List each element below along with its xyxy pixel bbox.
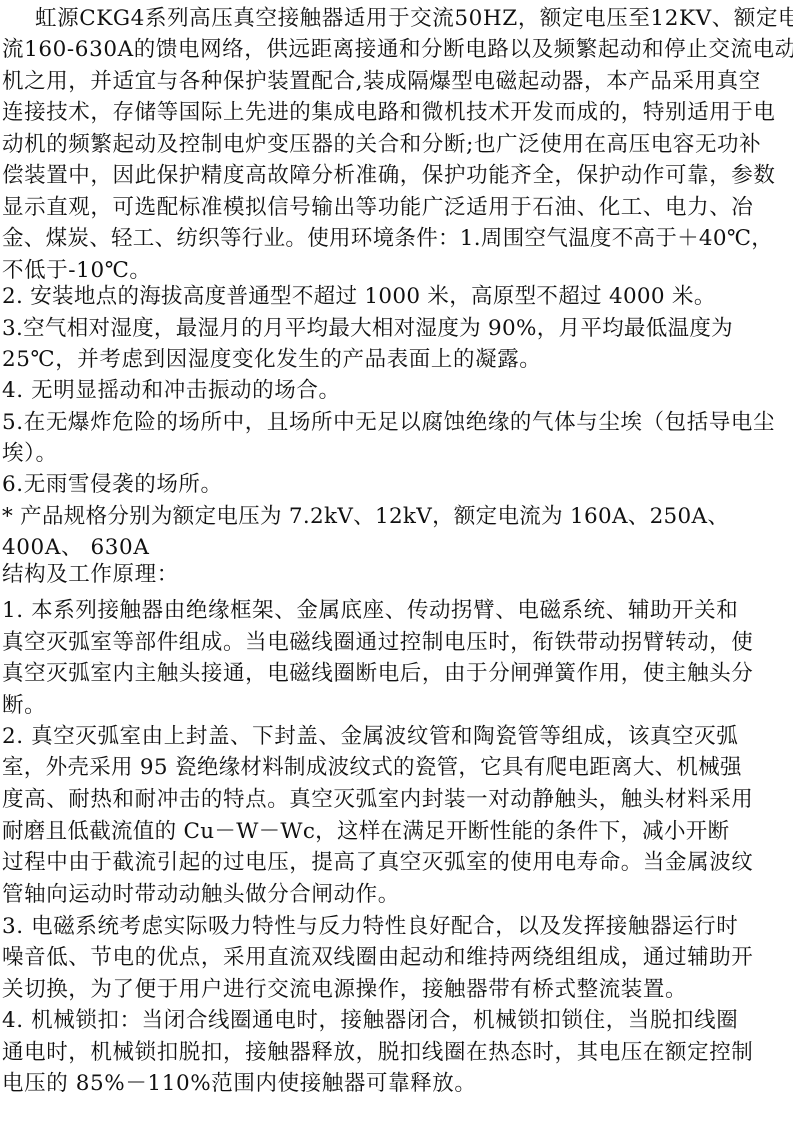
- paragraph-intro-line-2: 流160-630A的馈电网络，供远距离接通和分断电路以及频繁起动和停止交流电动: [2, 34, 793, 66]
- condition-5-explosion-line-2: 埃）。: [2, 438, 793, 470]
- document-page: 虹源CKG4系列高压真空接触器适用于交流50HZ，额定电压至12KV、额定电 流…: [0, 0, 793, 1122]
- paragraph-intro-line-7: 显示直观，可选配标准模拟信号输出等功能广泛适用于石油、化工、电力、冶: [2, 192, 793, 224]
- paragraph-intro-line-6: 偿装置中，因此保护精度高故障分析准确，保护功能齐全，保护动作可靠，参数: [2, 160, 793, 192]
- paragraph-intro-line-8: 金、煤炭、轻工、纺织等行业。使用环境条件：1.周围空气温度不高于＋40℃，: [2, 223, 793, 255]
- structure-2-line-6: 管轴向运动时带动动触头做分合闸动作。: [2, 879, 793, 911]
- structure-3-line-3: 关切换，为了便于用户进行交流电源操作，接触器带有桥式整流装置。: [2, 974, 793, 1006]
- paragraph-intro-line-5: 动机的频繁起动及控制电炉变压器的关合和分断;也广泛使用在高压电容无功补: [2, 129, 793, 161]
- structure-3-line-1: 3. 电磁系统考虑实际吸力特性与反力特性良好配合，以及发挥接触器运行时: [2, 911, 793, 943]
- structure-4-line-3: 电压的 85%－110%范围内使接触器可靠释放。: [2, 1068, 793, 1100]
- paragraph-intro-line-4: 连接技术，存储等国际上先进的集成电路和微机技术开发而成的，特别适用于电: [2, 97, 793, 129]
- structure-2-line-2: 室，外壳采用 95 瓷绝缘材料制成波纹式的瓷管，它具有爬电距离大、机械强: [2, 752, 793, 784]
- structure-1-line-2: 真空灭弧室等部件组成。当电磁线圈通过控制电压时，衔铁带动拐臂转动，使: [2, 627, 793, 659]
- structure-2-line-3: 度高、耐热和耐冲击的特点。真空灭弧室内封装一对动静触头，触头材料采用: [2, 784, 793, 816]
- structure-3-line-2: 噪音低、节电的优点，采用直流双线圈由起动和维持两绕组组成，通过辅助开: [2, 942, 793, 974]
- section-heading-structure: 结构及工作原理：: [2, 559, 793, 591]
- condition-4-vibration: 4. 无明显摇动和冲击振动的场合。: [2, 375, 793, 407]
- paragraph-intro-line-3: 机之用，并适宜与各种保护装置配合,装成隔爆型电磁起动器，本产品采用真空: [2, 66, 793, 98]
- structure-1-line-3: 真空灭弧室内主触头接通，电磁线圈断电后，由于分闸弹簧作用，使主触头分: [2, 658, 793, 690]
- spec-note-line-1: * 产品规格分别为额定电压为 7.2kV、12kV，额定电流为 160A、250…: [2, 501, 793, 533]
- condition-3-humidity-line-1: 3.空气相对湿度，最湿月的月平均最大相对湿度为 90%，月平均最低温度为: [2, 313, 793, 345]
- condition-2-altitude: 2. 安装地点的海拔高度普通型不超过 1000 米，高原型不超过 4000 米。: [2, 281, 793, 313]
- structure-1-line-1: 1. 本系列接触器由绝缘框架、金属底座、传动拐臂、电磁系统、辅助开关和: [2, 595, 793, 627]
- structure-2-line-4: 耐磨且低截流值的 Cu－W－Wc，这样在满足开断性能的条件下，减小开断: [2, 816, 793, 848]
- condition-6-weather: 6.无雨雪侵袭的场所。: [2, 469, 793, 501]
- structure-2-line-5: 过程中由于截流引起的过电压，提高了真空灭弧室的使用电寿命。当金属波纹: [2, 847, 793, 879]
- structure-4-line-2: 通电时，机械锁扣脱扣，接触器释放，脱扣线圈在热态时，其电压在额定控制: [2, 1037, 793, 1069]
- paragraph-intro-line-1: 虹源CKG4系列高压真空接触器适用于交流50HZ，额定电压至12KV、额定电: [35, 3, 793, 35]
- structure-1-line-4: 断。: [2, 690, 793, 722]
- condition-5-explosion-line-1: 5.在无爆炸危险的场所中，且场所中无足以腐蚀绝缘的气体与尘埃（包括导电尘: [2, 407, 793, 439]
- condition-3-humidity-line-2: 25℃，并考虑到因湿度变化发生的产品表面上的凝露。: [2, 344, 793, 376]
- structure-4-line-1: 4. 机械锁扣：当闭合线圈通电时，接触器闭合，机械锁扣锁住，当脱扣线圈: [2, 1005, 793, 1037]
- structure-2-line-1: 2. 真空灭弧室由上封盖、下封盖、金属波纹管和陶瓷管等组成，该真空灭弧: [2, 721, 793, 753]
